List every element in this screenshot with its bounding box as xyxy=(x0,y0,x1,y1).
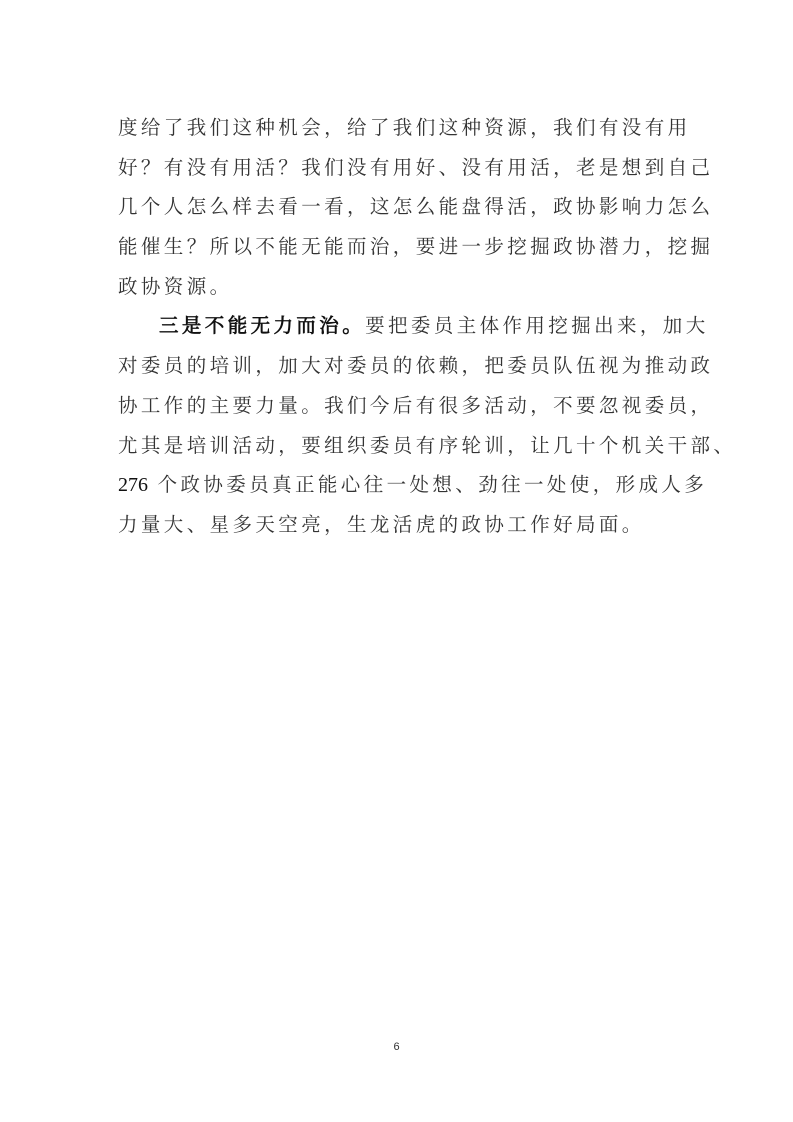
paragraph-point-three: 三是不能无力而治。要把委员主体作用挖掘出来，加大 对委员的培训，加大对委员的依赖… xyxy=(118,306,674,544)
point-heading: 三是不能无力而治。 xyxy=(159,314,365,337)
text-line: 政协资源。 xyxy=(118,267,674,307)
text-run: 个政协委员真正能心往一处想、劲往一处使，形成人多 xyxy=(148,473,707,496)
text-line: 对委员的培训，加大对委员的依赖，把委员队伍视为推动政 xyxy=(118,346,674,386)
text-line-first: 三是不能无力而治。要把委员主体作用挖掘出来，加大 xyxy=(118,306,674,346)
page-number: 6 xyxy=(0,1041,793,1053)
text-line: 尤其是培训活动，要组织委员有序轮训，让几十个机关干部、 xyxy=(118,426,674,466)
text-line: 几个人怎么样去看一看，这怎么能盘得活，政协影响力怎么 xyxy=(118,187,674,227)
text-line: 协工作的主要力量。我们今后有很多活动，不要忽视委员， xyxy=(118,386,674,426)
document-page: 度给了我们这种机会，给了我们这种资源，我们有没有用 好？有没有用活？我们没有用好… xyxy=(0,0,793,1122)
text-line: 276 个政协委员真正能心往一处想、劲往一处使，形成人多 xyxy=(118,465,674,505)
text-line: 力量大、星多天空亮，生龙活虎的政协工作好局面。 xyxy=(118,505,674,545)
member-count: 276 xyxy=(118,474,148,496)
paragraph-continued: 度给了我们这种机会，给了我们这种资源，我们有没有用 好？有没有用活？我们没有用好… xyxy=(118,108,674,306)
text-line: 度给了我们这种机会，给了我们这种资源，我们有没有用 xyxy=(118,108,674,148)
text-line: 好？有没有用活？我们没有用好、没有用活，老是想到自己 xyxy=(118,148,674,188)
document-body: 度给了我们这种机会，给了我们这种资源，我们有没有用 好？有没有用活？我们没有用好… xyxy=(118,108,674,545)
text-run: 要把委员主体作用挖掘出来，加大 xyxy=(365,314,709,337)
text-line: 能催生？所以不能无能而治，要进一步挖掘政协潜力，挖掘 xyxy=(118,227,674,267)
